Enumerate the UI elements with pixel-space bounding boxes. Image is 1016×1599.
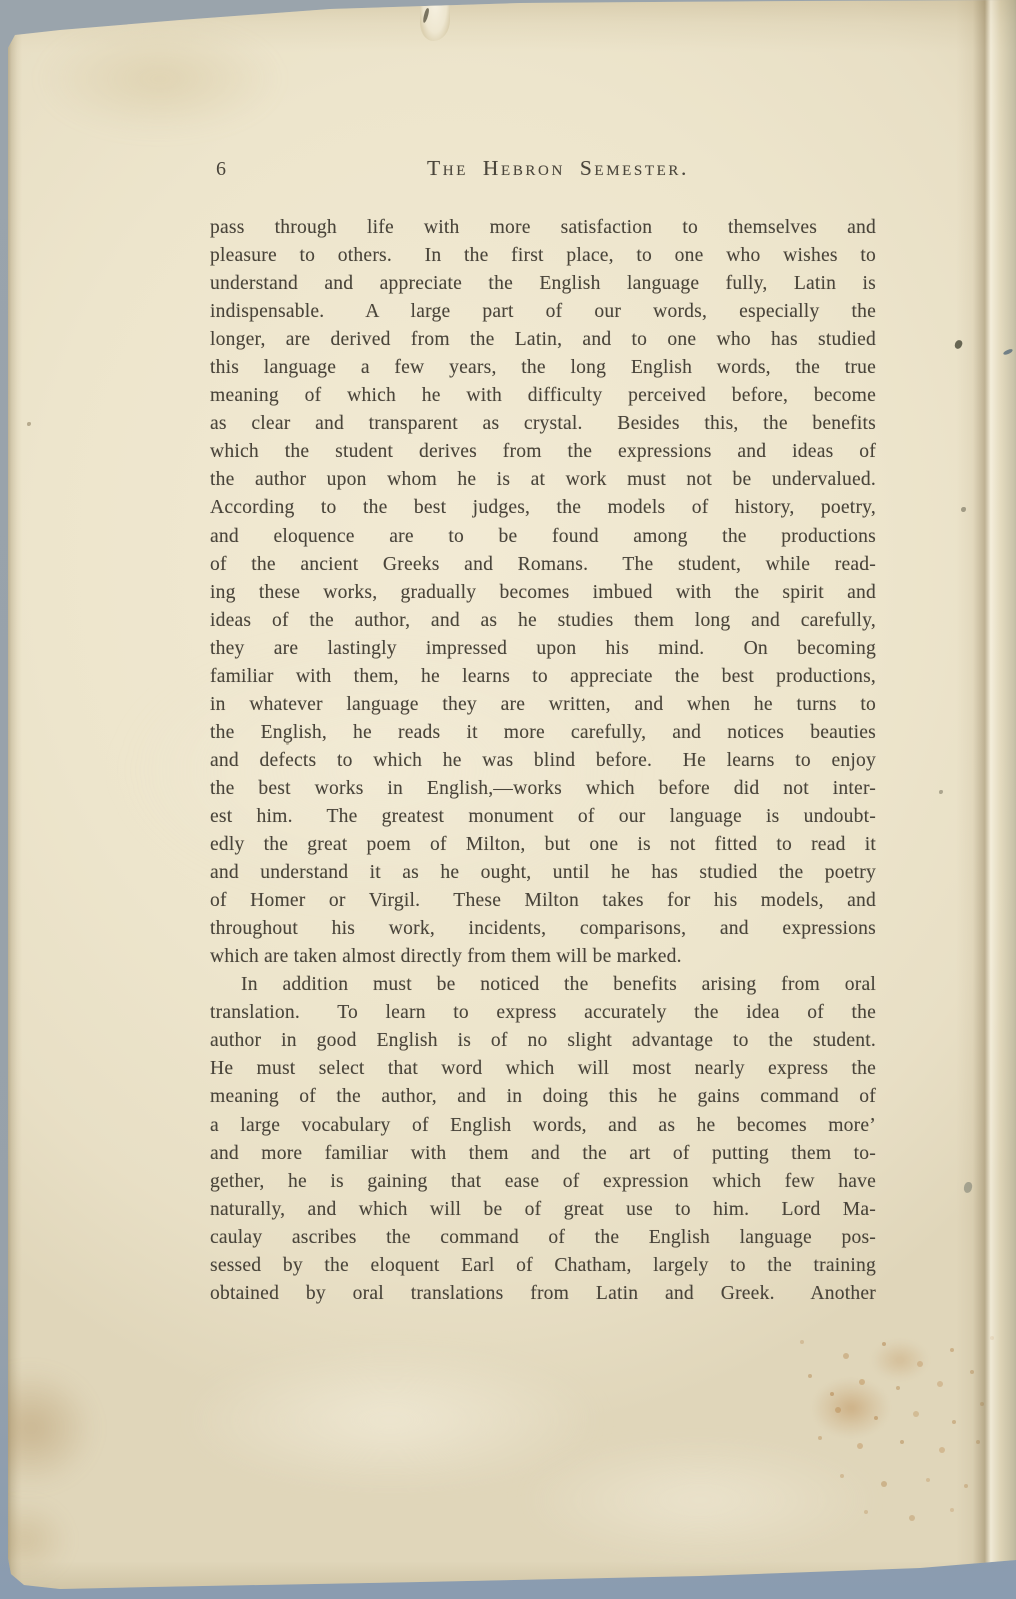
body-text: pass through life with more satisfaction… [210,214,876,1308]
foxing-spots [830,1392,834,1396]
scan-background: { "document": { "page_number": "6", "run… [0,0,1016,1599]
page-fold-crease [956,0,1016,1573]
text-line: meaning of which he with difficulty perc… [210,382,876,410]
text-line: caulay ascribes the command of the Engli… [210,1224,876,1252]
text-line: edly the great poem of Milton, but one i… [210,831,876,859]
text-line: as clear and transparent as crystal. Bes… [210,410,876,438]
text-line: a large vocabulary of English words, and… [210,1112,876,1140]
text-line: and eloquence are to be found among the … [210,523,876,551]
age-stain [40,24,280,134]
text-line: According to the best judges, the models… [210,494,876,522]
text-line: which the student derives from the expre… [210,438,876,466]
text-line: the English, he reads it more carefully,… [210,719,876,747]
text-line: meaning of the author, and in doing this… [210,1083,876,1111]
text-line: ing these works, gradually becomes imbue… [210,579,876,607]
text-line: and more familiar with them and the art … [210,1140,876,1168]
ink-speck [1003,348,1014,355]
running-header-row: 6 The Hebron Semester. [210,156,876,186]
age-stain [0,1500,70,1580]
text-line: and understand it as he ought, until he … [210,859,876,887]
text-line: gether, he is gaining that ease of expre… [210,1168,876,1196]
ink-speck [27,422,31,426]
text-line: the author upon whom he is at work must … [210,466,876,494]
text-line: translation. To learn to express accurat… [210,999,876,1027]
bottom-edge-shading [8,1561,1016,1591]
text-line: sessed by the eloquent Earl of Chatham, … [210,1252,876,1280]
text-line: In addition must be noticed the benefits… [210,971,876,999]
top-edge-shading [8,0,1016,52]
age-stain [0,1368,96,1488]
text-line: ideas of the author, and as he studies t… [210,607,876,635]
text-line: longer, are derived from the Latin, and … [210,326,876,354]
paper-light-patch [520,1440,880,1560]
text-line: of Homer or Virgil. These Milton takes f… [210,887,876,915]
text-line: pass through life with more satisfaction… [210,214,876,242]
text-line: indispensable. A large part of our words… [210,298,876,326]
text-line: est him. The greatest monument of our la… [210,803,876,831]
text-line: author in good English is of no slight a… [210,1027,876,1055]
book-page: 6 The Hebron Semester. pass through life… [0,0,1016,1599]
text-line: and defects to which he was blind before… [210,747,876,775]
tear-mark [422,8,430,24]
ink-speck [963,1181,972,1193]
foxing-stain [812,1378,890,1438]
text-line: which are taken almost directly from the… [210,943,876,971]
text-line: of the ancient Greeks and Romans. The st… [210,551,876,579]
text-line: understand and appreciate the English la… [210,270,876,298]
foxing-stain [872,1340,928,1380]
text-line: the best works in English,—works which b… [210,775,876,803]
running-header-title: The Hebron Semester. [210,156,876,181]
ink-speck [954,339,963,350]
text-line: He must select that word which will most… [210,1055,876,1083]
text-line: this language a few years, the long Engl… [210,354,876,382]
ink-speck [939,790,943,794]
paper-tear-chip [420,3,450,41]
text-line: throughout his work, incidents, comparis… [210,915,876,943]
binding-edge-shadow [6,28,22,1585]
ink-speck [961,507,966,512]
paper-light-patch [180,1350,600,1490]
text-line: in whatever language they are written, a… [210,691,876,719]
text-line: pleasure to others. In the first place, … [210,242,876,270]
text-line: obtained by oral translations from Latin… [210,1280,876,1308]
text-line: familiar with them, he learns to appreci… [210,663,876,691]
text-line: naturally, and which will be of great us… [210,1196,876,1224]
text-line: they are lastingly impressed upon his mi… [210,635,876,663]
